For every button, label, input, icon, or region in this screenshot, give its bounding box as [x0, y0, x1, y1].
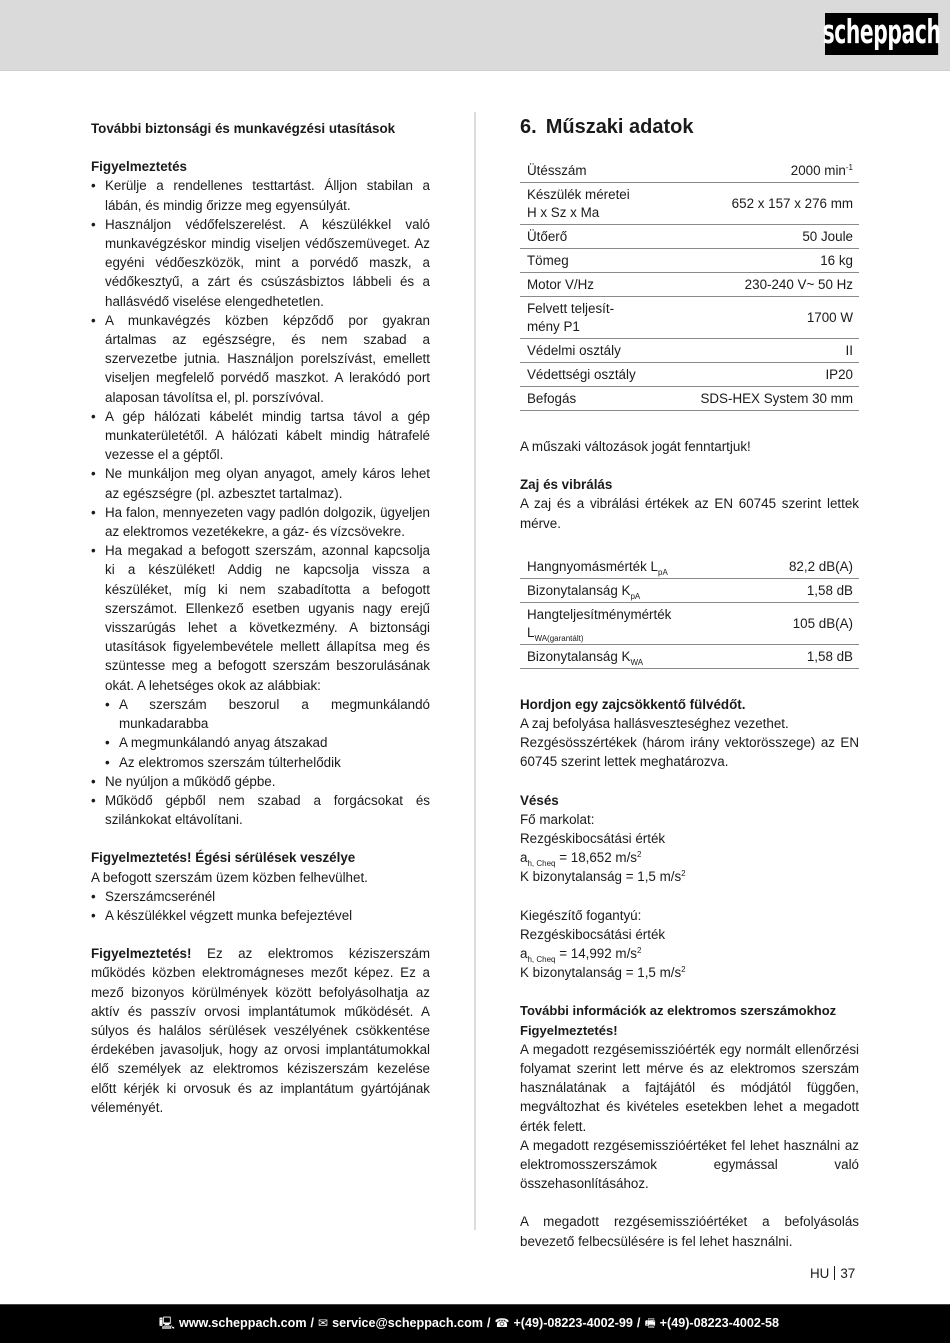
sub-list-item: A megmunkálandó anyag átszakad [105, 733, 430, 752]
table-row: Ütésszám2000 min-1 [520, 159, 859, 183]
spec-label: Hangnyomásmérték LpA [520, 555, 748, 579]
fax-icon: 🖷︎ [644, 1314, 655, 1333]
spec-label: Védettségi osztály [520, 363, 664, 387]
burn-warning-title: Figyelmeztetés! Égési sérülések veszélye [91, 848, 430, 867]
table-row: Tömeg16 kg [520, 249, 859, 273]
sub-list: A szerszám beszorul a megmunkálandó munk… [105, 695, 430, 772]
spec-label: HangteljesítménymértékLWA(garantált) [520, 602, 748, 644]
spec-value: 1,58 dB [748, 578, 859, 602]
spec-value: IP20 [664, 363, 859, 387]
aux-handle-k-value: K bizonytalanság = 1,5 m/s2 [520, 963, 859, 982]
spec-label: Felvett teljesít-mény P1 [520, 297, 664, 339]
page-number: HU37 [810, 1264, 855, 1283]
left-column: További biztonsági és munkavégzési utasí… [91, 119, 430, 1117]
main-handle-k-value: K bizonytalanság = 1,5 m/s2 [520, 867, 859, 886]
list-item: Szerszámcserénél [91, 887, 430, 906]
spec-label: Bizonytalanság KpA [520, 578, 748, 602]
aux-handle-a-value: ah, Cheq = 14,992 m/s2 [520, 944, 859, 963]
info-warning: Figyelmeztetés! [520, 1021, 859, 1040]
page-footer: 🖳︎ www.scheppach.com / ✉︎ service@schepp… [0, 1304, 950, 1343]
info-paragraph-2: A megadott rezgésemisszióértéket fel leh… [520, 1136, 859, 1194]
main-handle-label: Fő markolat: [520, 810, 859, 829]
spec-value: 652 x 157 x 276 mm [664, 183, 859, 225]
scheppach-logo: scheppach [825, 13, 938, 55]
list-item: Ha falon, mennyezeten vagy padlón dolgoz… [91, 503, 430, 541]
list-item: Működő gépből nem szabad a forgácsokat é… [91, 791, 430, 829]
ear-text-1: A zaj befolyása hallásveszteséghez vezet… [520, 714, 859, 733]
ear-text-2: Rezgésösszértékek (három irány vektoröss… [520, 733, 859, 771]
spec-value: 50 Joule [664, 225, 859, 249]
main-handle-emission-label: Rezgéskibocsátási érték [520, 829, 859, 848]
spec-value: SDS-HEX System 30 mm [664, 387, 859, 411]
section-title: További biztonsági és munkavégzési utasí… [91, 119, 430, 138]
table-row: Készülék méreteiH x Sz x Ma652 x 157 x 2… [520, 183, 859, 225]
table-row: HangteljesítménymértékLWA(garantált)105 … [520, 602, 859, 644]
noise-table: Hangnyomásmérték LpA82,2 dB(A)Bizonytala… [520, 555, 859, 669]
list-item: Ha megakad a befogott szerszám, azonnal … [91, 541, 430, 771]
website-link[interactable]: www.scheppach.com [179, 1314, 307, 1333]
phone-number: +(49)-08223-4002-99 [513, 1314, 632, 1333]
noise-text: A zaj és a vibrálási értékek az EN 60745… [520, 494, 859, 532]
spec-value: 230-240 V~ 50 Hz [664, 273, 859, 297]
spec-value: 105 dB(A) [748, 602, 859, 644]
list-item: Ne munkáljon meg olyan anyagot, amely ká… [91, 464, 430, 502]
burn-warning-text: A befogott szerszám üzem közben felhevül… [91, 868, 430, 887]
aux-handle-label: Kiegészítő fogantyú: [520, 906, 859, 925]
column-divider [474, 112, 476, 1230]
table-row: Ütőerő50 Joule [520, 225, 859, 249]
spec-value: 1,58 dB [748, 644, 859, 668]
info-paragraph-3: A megadott rezgésemisszióértéket a befol… [520, 1212, 859, 1250]
spec-table: Ütésszám2000 min-1Készülék méreteiH x Sz… [520, 159, 859, 411]
chiseling-title: Vésés [520, 791, 859, 810]
table-row: Bizonytalanság KpA1,58 dB [520, 578, 859, 602]
sub-list-item: A szerszám beszorul a megmunkálandó munk… [105, 695, 430, 733]
table-row: Védettségi osztályIP20 [520, 363, 859, 387]
table-row: Felvett teljesít-mény P11700 W [520, 297, 859, 339]
spec-label: Készülék méreteiH x Sz x Ma [520, 183, 664, 225]
spec-label: Tömeg [520, 249, 664, 273]
spec-value: II [664, 339, 859, 363]
reserve-note: A műszaki változások jogát fenntartjuk! [520, 437, 859, 456]
list-item: Ne nyúljon a működő gépbe. [91, 772, 430, 791]
table-row: Hangnyomásmérték LpA82,2 dB(A) [520, 555, 859, 579]
info-paragraph-1: A megadott rezgésemisszióérték egy normá… [520, 1040, 859, 1136]
warning-title: Figyelmeztetés [91, 157, 430, 176]
table-row: Védelmi osztályII [520, 339, 859, 363]
spec-value: 1700 W [664, 297, 859, 339]
spec-label: Ütőerő [520, 225, 664, 249]
spec-value: 2000 min-1 [664, 159, 859, 183]
table-row: BefogásSDS-HEX System 30 mm [520, 387, 859, 411]
warning-list: Kerülje a rendellenes testtartást. Álljo… [91, 176, 430, 829]
list-item: Használjon védőfelszerelést. A készülékk… [91, 215, 430, 311]
spec-label: Bizonytalanság KWA [520, 644, 748, 668]
spec-label: Ütésszám [520, 159, 664, 183]
list-item: A munkavégzés közben képződő por gyakran… [91, 311, 430, 407]
table-row: Bizonytalanság KWA1,58 dB [520, 644, 859, 668]
main-handle-a-value: ah, Cheq = 18,652 m/s2 [520, 848, 859, 867]
noise-title: Zaj és vibrálás [520, 475, 859, 494]
computer-icon: 🖳︎ [159, 1314, 175, 1333]
spec-value: 82,2 dB(A) [748, 555, 859, 579]
telephone-icon: ☎︎ [495, 1314, 510, 1333]
tech-data-heading: 6.Műszaki adatok [520, 115, 859, 139]
spec-label: Motor V/Hz [520, 273, 664, 297]
spec-label: Befogás [520, 387, 664, 411]
email-link[interactable]: service@scheppach.com [332, 1314, 483, 1333]
page-header: scheppach [0, 0, 950, 71]
list-item: A gép hálózati kábelét mindig tartsa táv… [91, 407, 430, 465]
burn-warning-list: Szerszámcserénél A készülékkel végzett m… [91, 887, 430, 925]
spec-value: 16 kg [664, 249, 859, 273]
ear-protection-title: Hordjon egy zajcsökkentő fülvédőt. [520, 695, 859, 714]
aux-handle-emission-label: Rezgéskibocsátási érték [520, 925, 859, 944]
list-item: A készülékkel végzett munka befejeztével [91, 906, 430, 925]
table-row: Motor V/Hz230-240 V~ 50 Hz [520, 273, 859, 297]
right-column: 6.Műszaki adatok Ütésszám2000 min-1Készü… [520, 115, 859, 1251]
sub-list-item: Az elektromos szerszám túlterhelődik [105, 753, 430, 772]
list-item: Kerülje a rendellenes testtartást. Álljo… [91, 176, 430, 214]
info-title: További információk az elektromos szersz… [520, 1001, 859, 1020]
envelope-icon: ✉︎ [318, 1314, 328, 1333]
spec-label: Védelmi osztály [520, 339, 664, 363]
fax-number: +(49)-08223-4002-58 [660, 1314, 779, 1333]
emf-warning: Figyelmeztetés! Ez az elektromos kézisze… [91, 944, 430, 1117]
